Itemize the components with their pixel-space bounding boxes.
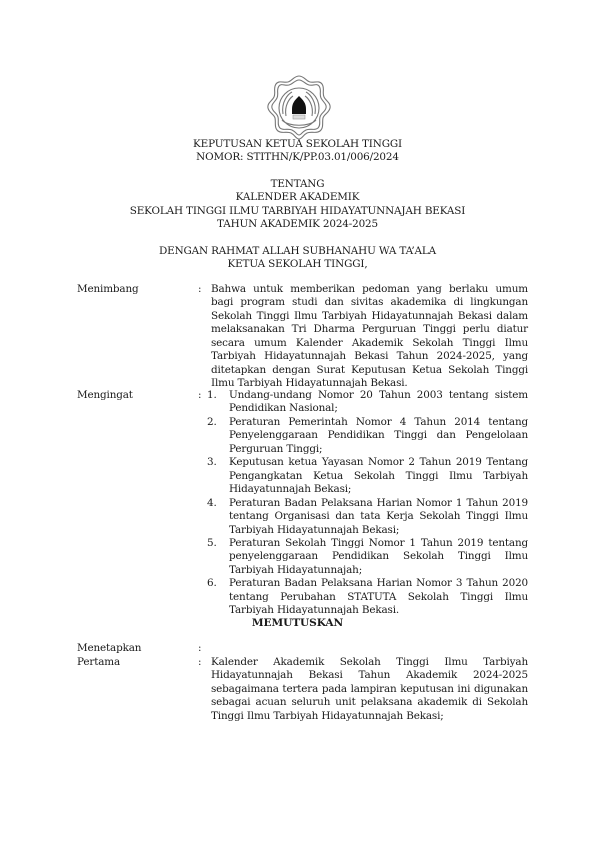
subject-institution: SEKOLAH TINGGI ILMU TARBIYAH HIDAYATUNNA… <box>0 205 595 218</box>
menimbang-label: Menimbang <box>77 283 139 296</box>
mengingat-label: Mengingat <box>77 389 133 402</box>
pertama-colon: : <box>198 656 201 669</box>
list-item-text: Keputusan ketua Yayasan Nomor 2 Tahun 20… <box>229 456 528 495</box>
list-item-number: 4. <box>207 497 217 510</box>
list-item-number: 2. <box>207 416 217 429</box>
list-item-text: Undang-undang Nomor 20 Tahun 2003 tentan… <box>229 389 528 414</box>
menimbang-text: Bahwa untuk memberikan pedoman yang berl… <box>211 283 528 391</box>
list-item-text: Peraturan Badan Pelaksana Harian Nomor 1… <box>229 497 528 536</box>
list-item: 6.Peraturan Badan Pelaksana Harian Nomor… <box>207 577 528 617</box>
list-item: 1.Undang-undang Nomor 20 Tahun 2003 tent… <box>207 389 528 416</box>
list-item: 3.Keputusan ketua Yayasan Nomor 2 Tahun … <box>207 456 528 496</box>
list-item: 2.Peraturan Pemerintah Nomor 4 Tahun 201… <box>207 416 528 456</box>
list-item-text: Peraturan Sekolah Tinggi Nomor 1 Tahun 2… <box>229 537 528 576</box>
pertama-label: Pertama <box>77 656 120 669</box>
list-item-text: Peraturan Badan Pelaksana Harian Nomor 3… <box>229 577 528 616</box>
decree-title-line: KEPUTUSAN KETUA SEKOLAH TINGGI <box>0 138 595 151</box>
list-item-number: 3. <box>207 456 217 469</box>
decree-number: NOMOR: STITHN/K/PP.03.01/006/2024 <box>0 151 595 164</box>
mengingat-colon: : <box>198 389 201 402</box>
institution-emblem-icon <box>264 72 334 142</box>
list-item: 4.Peraturan Badan Pelaksana Harian Nomor… <box>207 497 528 537</box>
list-item-number: 6. <box>207 577 217 590</box>
list-item-text: Peraturan Pemerintah Nomor 4 Tahun 2014 … <box>229 416 528 455</box>
menetapkan-label: Menetapkan <box>77 642 141 655</box>
menetapkan-colon: : <box>198 642 201 655</box>
opening-authority: KETUA SEKOLAH TINGGI, <box>0 258 595 271</box>
opening-line: DENGAN RAHMAT ALLAH SUBHANAHU WA TA’ALA <box>0 245 595 258</box>
list-item: 5.Peraturan Sekolah Tinggi Nomor 1 Tahun… <box>207 537 528 577</box>
decree-subject: TENTANG KALENDER AKADEMIK SEKOLAH TINGGI… <box>0 178 595 232</box>
decree-title: KEPUTUSAN KETUA SEKOLAH TINGGI NOMOR: ST… <box>0 138 595 165</box>
memutuskan-heading: MEMUTUSKAN <box>0 617 595 629</box>
list-item-number: 1. <box>207 389 217 402</box>
subject-title: KALENDER AKADEMIK <box>0 191 595 204</box>
pertama-text: Kalender Akademik Sekolah Tinggi Ilmu Ta… <box>211 656 528 723</box>
mengingat-list: 1.Undang-undang Nomor 20 Tahun 2003 tent… <box>207 389 528 618</box>
opening-statement: DENGAN RAHMAT ALLAH SUBHANAHU WA TA’ALA … <box>0 245 595 272</box>
subject-year: TAHUN AKADEMIK 2024-2025 <box>0 218 595 231</box>
list-item-number: 5. <box>207 537 217 550</box>
menimbang-colon: : <box>198 283 201 296</box>
subject-tentang: TENTANG <box>0 178 595 191</box>
